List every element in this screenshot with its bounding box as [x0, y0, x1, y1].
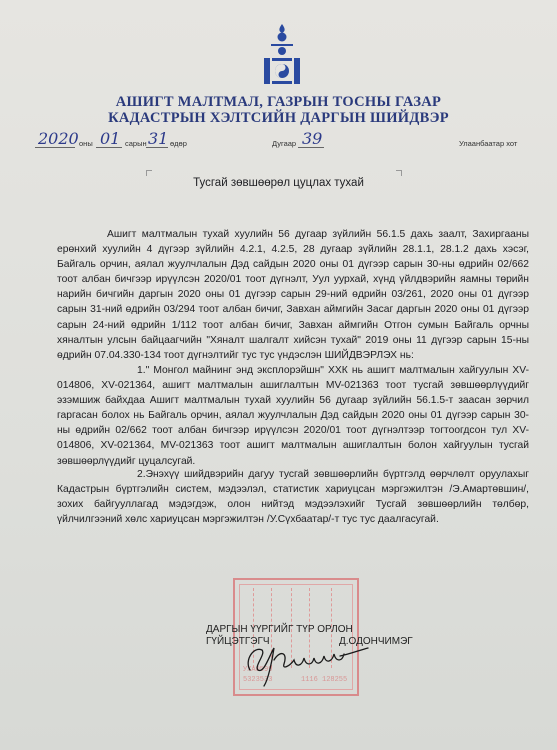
month-value: 01	[100, 129, 120, 148]
agency-name: АШИГТ МАЛТМАЛ, ГАЗРЫН ТОСНЫ ГАЗАР	[0, 94, 557, 111]
number-value: 39	[302, 129, 322, 148]
paragraph-item-1: 1." Монгол майнинг энд эксплорэйшн" ХХК …	[57, 363, 529, 469]
document-title: Тусгай зөвшөөрөл цуцлах тухай	[0, 177, 557, 189]
year-value: 2020	[38, 129, 79, 148]
signature-mark	[240, 640, 380, 690]
dateline: 2020 оны 01 сарын 31 өдөр Дугаар 39 Улаа…	[0, 131, 557, 153]
corner-mark	[396, 170, 402, 176]
city-label: Улаанбаатар хот	[459, 139, 517, 148]
paragraph-item-2: 2.Энэхүү шийдвэрийн дагуу тусгай зөвшөөр…	[57, 467, 529, 527]
number-label: Дугаар	[272, 139, 296, 148]
year-label: оны	[79, 139, 93, 148]
day-label: өдөр	[170, 139, 187, 148]
signatory-position-line1: ДАРГЫН ҮҮРГИЙГ ТҮР ОРЛОН	[206, 624, 353, 635]
month-label: сарын	[125, 139, 147, 148]
soyombo-emblem-icon	[258, 22, 306, 88]
day-value: 31	[148, 129, 168, 148]
paragraph-preamble: Ашигт малтмалын тухай хуулийн 56 дугаар …	[57, 227, 529, 363]
decision-heading: КАДАСТРЫН ХЭЛТСИЙН ДАРГЫН ШИЙДВЭР	[0, 110, 557, 127]
corner-mark	[146, 170, 152, 176]
